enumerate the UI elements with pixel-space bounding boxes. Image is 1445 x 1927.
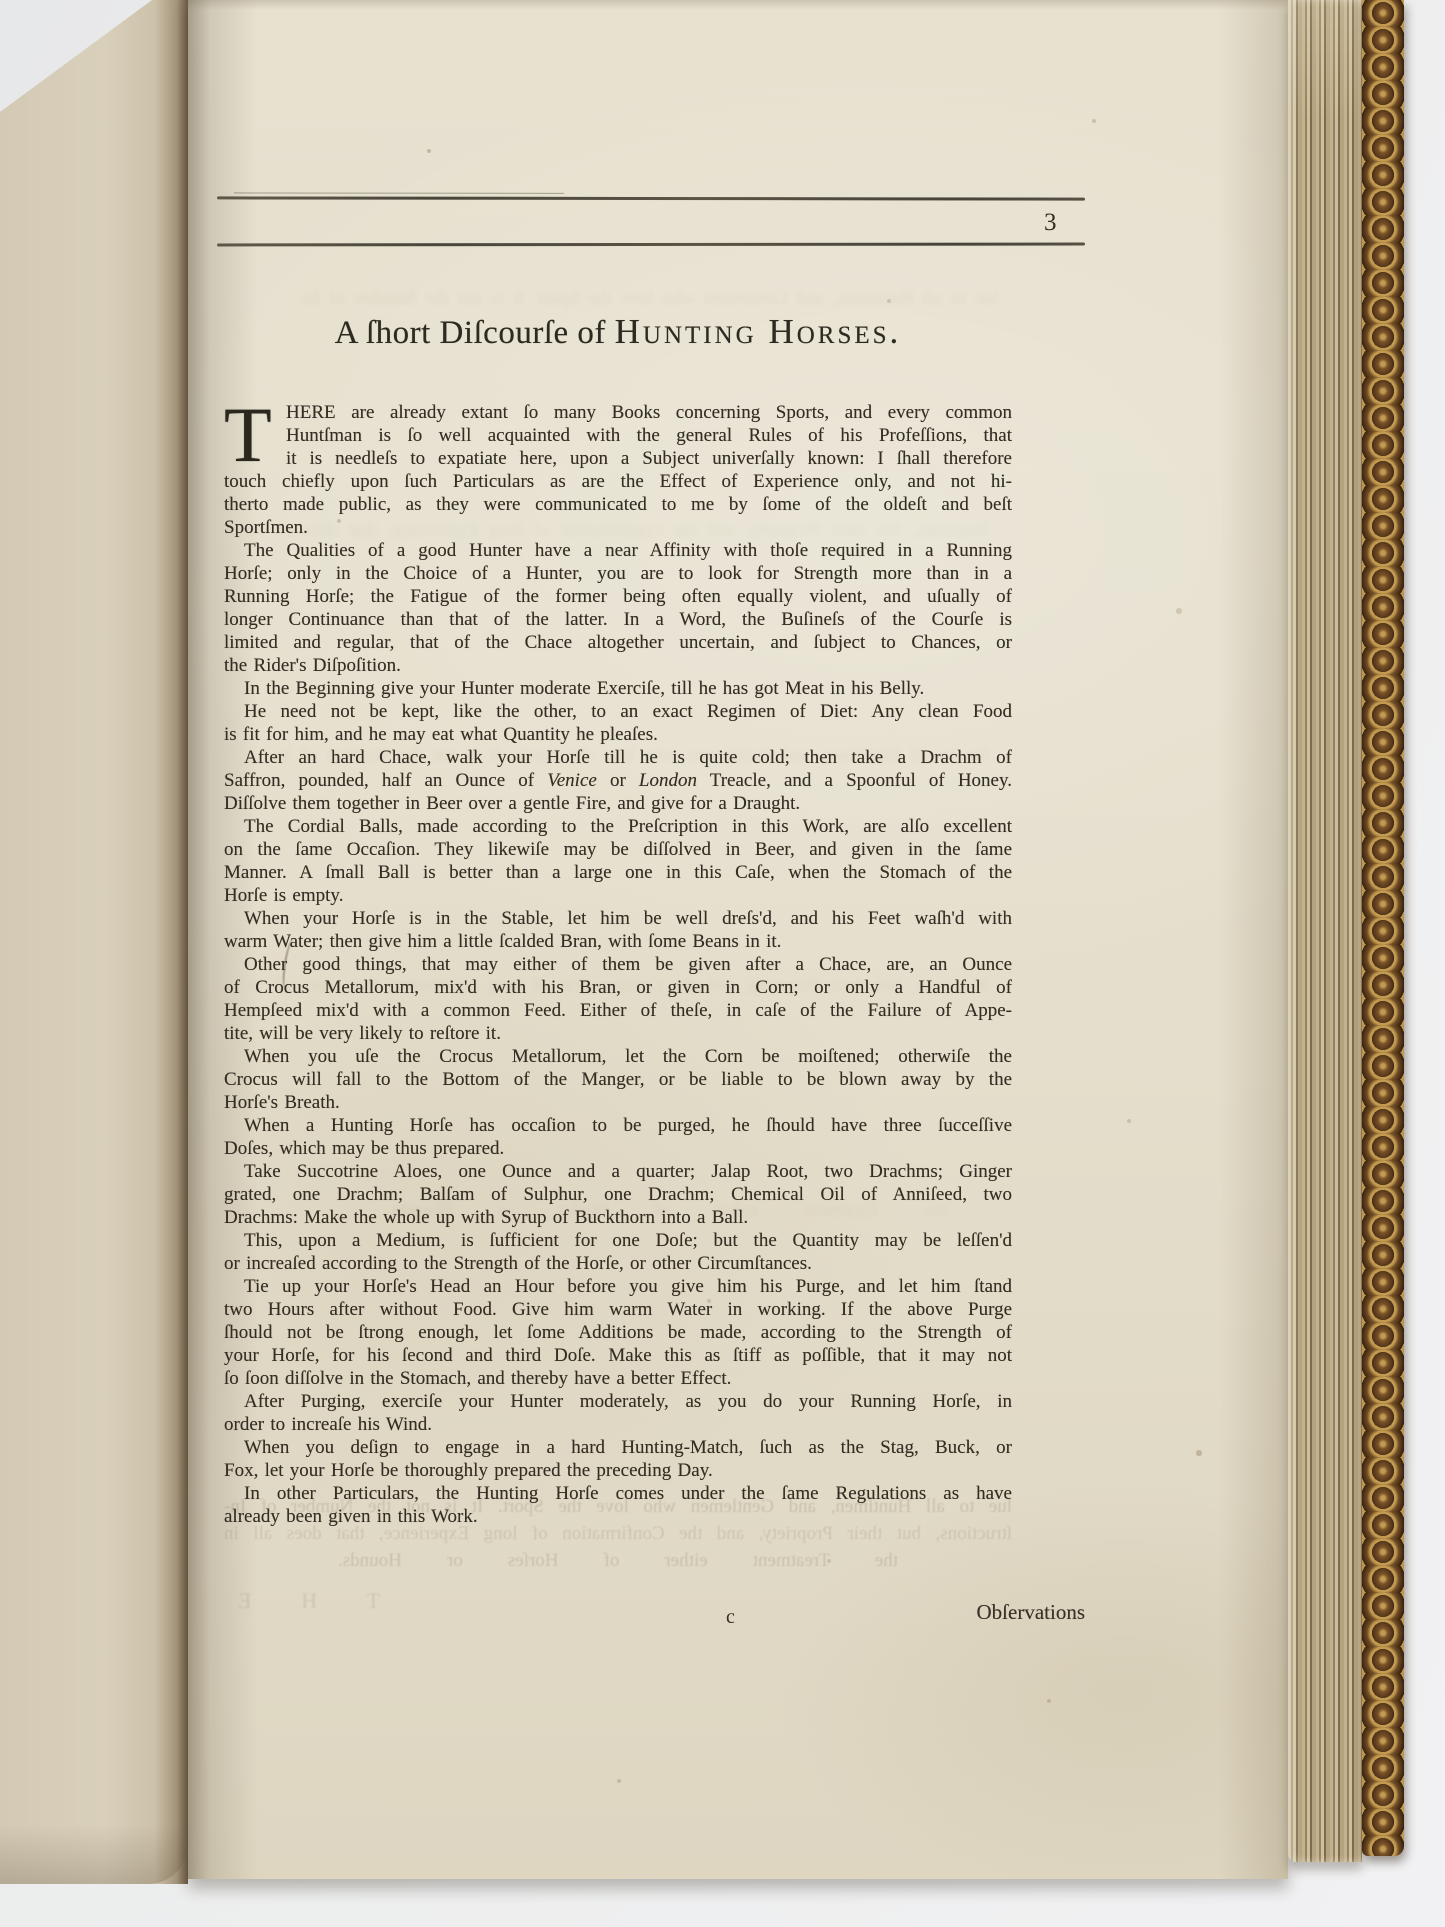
paragraph: The Qualities of a good Hunter have a ne…	[224, 539, 1012, 677]
paragraph: This, upon a Medium, is ſufficient for o…	[224, 1229, 1012, 1275]
text-line: your Horſe, for his ſecond and third Doſ…	[224, 1344, 1012, 1367]
paragraph: In other Particulars, the Hunting Horſe …	[224, 1482, 1012, 1528]
paragraph: When a Hunting Horſe has occaſion to be …	[224, 1114, 1012, 1160]
text-line: After an hard Chace, walk your Horſe til…	[224, 746, 1012, 769]
drop-cap: T	[224, 403, 280, 449]
text-line: He need not be kept, like the other, to …	[224, 700, 1012, 723]
paragraph: When you deſign to engage in a hard Hunt…	[224, 1436, 1012, 1482]
chapter-title: A ſhort Diſcourſe of Hunting Horses.	[224, 312, 1012, 352]
book-photo: 3 A ſhort Diſcourſe of Hunting Horses. l…	[0, 0, 1445, 1927]
text-line: Crocus will fall to the Bottom of the Ma…	[224, 1068, 1012, 1091]
text-line: In other Particulars, the Hunting Horſe …	[224, 1482, 1012, 1505]
paragraph: Other good things, that may either of th…	[224, 953, 1012, 1045]
text-line: two Hours after without Food. Give him w…	[224, 1298, 1012, 1321]
page-curl-shadow	[1218, 0, 1288, 1879]
text-line: Huntſman is ſo well acquainted with the …	[224, 424, 1012, 447]
text-line: The Cordial Balls, made according to the…	[224, 815, 1012, 838]
paragraph: Take Succotrine Aloes, one Ounce and a q…	[224, 1160, 1012, 1229]
text-line: ſo ſoon diſſolve in the Stomach, and the…	[224, 1367, 1012, 1390]
text-line: HERE are already extant ſo many Books co…	[224, 401, 1012, 424]
page-fore-edge	[1288, 0, 1362, 1862]
paragraph: After an hard Chace, walk your Horſe til…	[224, 746, 1012, 815]
text-line: touch chiefly upon ſuch Particulars as a…	[224, 470, 1012, 493]
text-line: This, upon a Medium, is ſufficient for o…	[224, 1229, 1012, 1252]
text-line: Hempſeed mix'd with a common Feed. Eithe…	[224, 999, 1012, 1022]
text-line: grated, one Drachm; Balſam of Sulphur, o…	[224, 1183, 1012, 1206]
paragraph: Tie up your Horſe's Head an Hour before …	[224, 1275, 1012, 1390]
text-line: Tie up your Horſe's Head an Hour before …	[224, 1275, 1012, 1298]
left-page-edge	[0, 0, 188, 1884]
text-line: Doſes, which may be thus prepared.	[224, 1137, 1012, 1160]
text-line: Horſe; only in the Choice of a Hunter, y…	[224, 562, 1012, 585]
page-top-shade	[188, 0, 1288, 10]
text-line: Take Succotrine Aloes, one Ounce and a q…	[224, 1160, 1012, 1183]
signature-mark: c	[726, 1606, 735, 1629]
paragraph: When you uſe the Crocus Metallorum, let …	[224, 1045, 1012, 1114]
text-line: Other good things, that may either of th…	[224, 953, 1012, 976]
text-line: warm Water; then give him a little ſcald…	[224, 930, 1012, 953]
paragraph: THERE are already extant ſo many Books c…	[224, 401, 1012, 539]
text-line: therto made public, as they were communi…	[224, 493, 1012, 516]
show-through-line: the Treatment either of Horſes or Hounds…	[338, 1550, 898, 1572]
text-line: Horſe is empty.	[224, 884, 1012, 907]
text-line: ſhould not be ſtrong enough, let ſome Ad…	[224, 1321, 1012, 1344]
text-line: of Crocus Metallorum, mix'd with his Bra…	[224, 976, 1012, 999]
text-line: tite, will be very likely to reſtore it.	[224, 1022, 1012, 1045]
paragraph: In the Beginning give your Hunter modera…	[224, 677, 1012, 700]
text-line: Horſe's Breath.	[224, 1091, 1012, 1114]
paragraph: When your Horſe is in the Stable, let hi…	[224, 907, 1012, 953]
text-line: Fox, let your Horſe be thoroughly prepar…	[224, 1459, 1012, 1482]
text-line: Diſſolve them together in Beer over a ge…	[224, 792, 1012, 815]
text-line: When you deſign to engage in a hard Hunt…	[224, 1436, 1012, 1459]
text-line: already been given in this Work.	[224, 1505, 1012, 1528]
text-line: is fit for him, and he may eat what Quan…	[224, 723, 1012, 746]
catchword: Obſervations	[977, 1600, 1085, 1625]
text-line: When a Hunting Horſe has occaſion to be …	[224, 1114, 1012, 1137]
text-line: or increaſed according to the Strength o…	[224, 1252, 1012, 1275]
chapter-title-prefix: A ſhort Diſcourſe of	[335, 315, 615, 351]
text-line: Saffron, pounded, half an Ounce of Venic…	[224, 769, 1012, 792]
text-line: Manner. A ſmall Ball is better than a la…	[224, 861, 1012, 884]
text-line: the Rider's Diſpoſition.	[224, 654, 1012, 677]
header-rule-top	[217, 196, 1085, 200]
text-line: longer Continuance than that of the latt…	[224, 608, 1012, 631]
show-through-line: lue to all Huntſmen, and Gentlemen who l…	[298, 288, 998, 310]
paragraph: The Cordial Balls, made according to the…	[224, 815, 1012, 907]
text-line: In the Beginning give your Hunter modera…	[224, 677, 1012, 700]
gilt-board-edge	[1362, 0, 1404, 1856]
text-line: limited and regular, that of the Chace a…	[224, 631, 1012, 654]
book-page: 3 A ſhort Diſcourſe of Hunting Horses. l…	[188, 0, 1288, 1879]
text-line: it is needleſs to expatiate here, upon a…	[224, 447, 1012, 470]
text-line: Running Horſe; the Fatigue of the former…	[224, 585, 1012, 608]
foxing-specks	[188, 0, 190, 2]
text-line: When your Horſe is in the Stable, let hi…	[224, 907, 1012, 930]
chapter-title-smallcaps: Hunting Horses.	[615, 312, 902, 351]
page-number: 3	[1044, 209, 1057, 237]
text-line: After Purging, exerciſe your Hunter mode…	[224, 1390, 1012, 1413]
paragraph: After Purging, exerciſe your Hunter mode…	[224, 1390, 1012, 1436]
text-line: Drachms: Make the whole up with Syrup of…	[224, 1206, 1012, 1229]
text-line: The Qualities of a good Hunter have a ne…	[224, 539, 1012, 562]
paragraph: He need not be kept, like the other, to …	[224, 700, 1012, 746]
text-line: on the ſame Occaſion. They likewiſe may …	[224, 838, 1012, 861]
page-text: THERE are already extant ſo many Books c…	[224, 401, 1012, 1528]
text-line: Sportſmen.	[224, 516, 1012, 539]
text-line: When you uſe the Crocus Metallorum, let …	[224, 1045, 1012, 1068]
text-line: order to increaſe his Wind.	[224, 1413, 1012, 1436]
header-rule-bottom	[217, 243, 1085, 247]
